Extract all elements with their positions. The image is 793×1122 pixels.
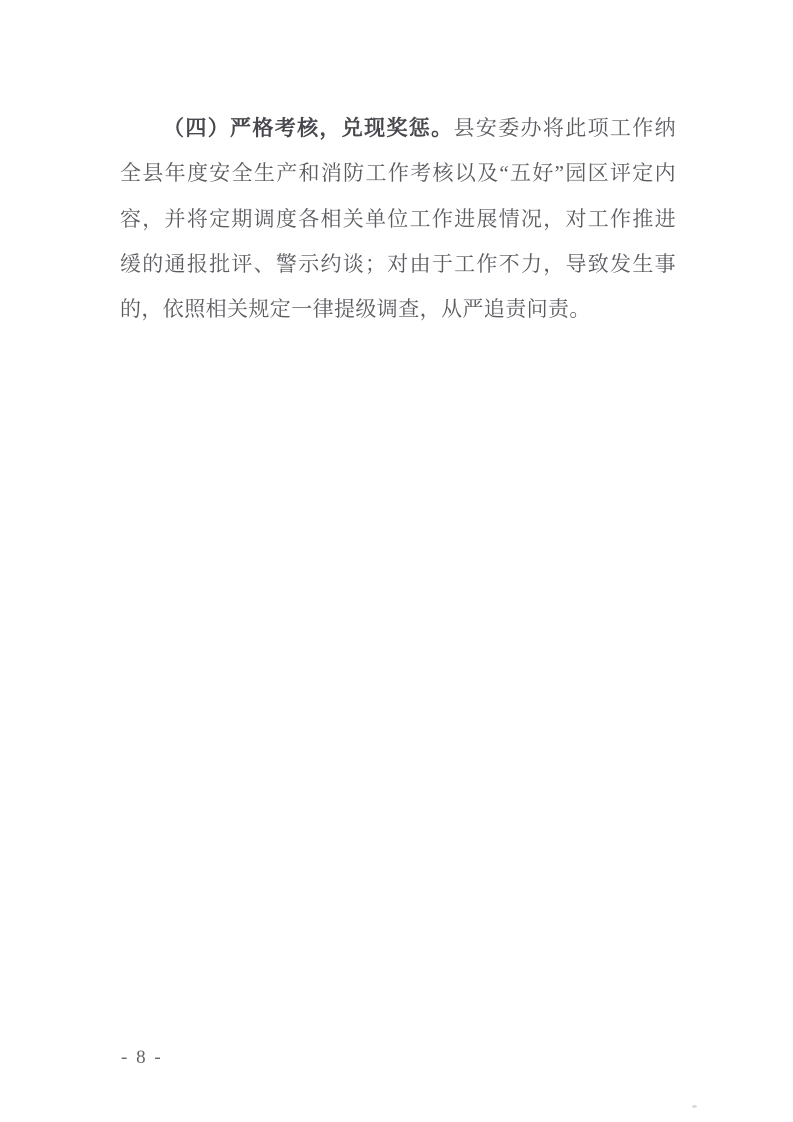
paragraph-line: 缓的通报批评、警示约谈；对由于工作不力，导致发生事故 [120, 242, 676, 287]
paragraph-line: 全县年度安全生产和消防工作考核以及“五好”园区评定内 [120, 151, 676, 196]
paragraph: （四）严格考核，兑现奖惩。县安委办将此项工作纳入 全县年度安全生产和消防工作考核… [120, 106, 676, 332]
paragraph-line: 的，依照相关规定一律提级调查，从严追责问责。 [120, 287, 676, 332]
paragraph-heading: （四）严格考核，兑现奖惩。 [163, 116, 454, 140]
paragraph-line: （四）严格考核，兑现奖惩。县安委办将此项工作纳入 [120, 106, 676, 151]
page-number: - 8 - [121, 1044, 163, 1072]
scan-speck-artifact [692, 1105, 697, 1108]
paragraph-line: 容，并将定期调度各相关单位工作进展情况，对工作推进迟 [120, 197, 676, 242]
document-page: （四）严格考核，兑现奖惩。县安委办将此项工作纳入 全县年度安全生产和消防工作考核… [0, 0, 793, 1122]
